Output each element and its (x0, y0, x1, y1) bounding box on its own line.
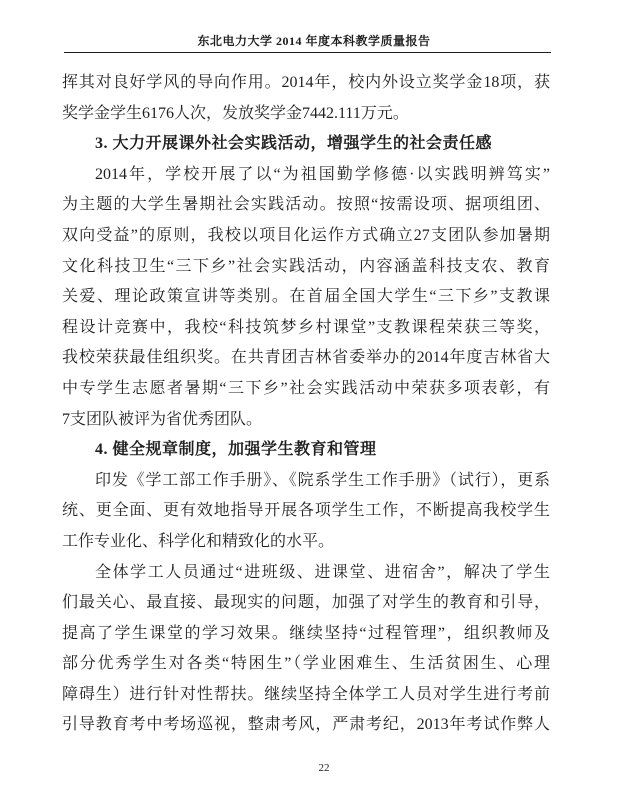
text-line: 为主题的大学生暑期社会实践活动。按照“按需设项、据项组团、 (62, 190, 550, 221)
text-line: 障碍生）进行针对性帮扶。继续坚持全体学工人员对学生进行考前 (62, 680, 550, 711)
document-page: 东北电力大学 2014 年度本科教学质量报告 挥其对良好学风的导向作用。2014… (0, 0, 628, 812)
page-header: 东北电力大学 2014 年度本科教学质量报告 (0, 0, 628, 53)
text-line: 双向受益”的原则，我校以项目化运作方式确立27支团队参加暑期 (62, 221, 550, 252)
page-number: 22 (319, 762, 330, 774)
text-line: 印发《学工部工作手册》、《院系学生工作手册》（试行），更系 (62, 466, 550, 497)
text-line: 提高了学生课堂的学习效果。继续坚持“过程管理”，组织教师及 (62, 619, 550, 650)
text-line: 关爱、理论政策宣讲等类别。在首届全国大学生“三下乡”支教课 (62, 282, 550, 313)
text-line: 们最关心、最直接、最现实的问题，加强了对学生的教育和引导， (62, 588, 550, 619)
text-line: 文化科技卫生“三下乡”社会实践活动，内容涵盖科技支农、教育 (62, 252, 550, 283)
section-heading: 4. 健全规章制度，加强学生教育和管理 (62, 435, 550, 466)
text-line: 中专学生志愿者暑期“三下乡”社会实践活动中荣获多项表彰，有 (62, 374, 550, 405)
text-line: 奖学金学生6176人次，发放奖学金7442.111万元。 (62, 99, 550, 130)
text-line: 全体学工人员通过“进班级、进课堂、进宿舍”，解决了学生 (62, 558, 550, 589)
document-body: 挥其对良好学风的导向作用。2014年，校内外设立奖学金18项，获奖学金学生617… (62, 68, 550, 741)
text-line: 我校荣获最佳组织奖。在共青团吉林省委举办的2014年度吉林省大 (62, 343, 550, 374)
text-line: 7支团队被评为省优秀团队。 (62, 405, 550, 436)
header-rule (64, 52, 551, 53)
text-line: 2014年，学校开展了以“为祖国勤学修德·以实践明辨笃实” (62, 160, 550, 191)
text-line: 引导教育考中考场巡视，整肃考风，严肃考纪，2013年考试作弊人 (62, 710, 550, 741)
page-footer: 22 (10, 761, 628, 775)
text-line: 统、更全面、更有效地指导开展各项学生工作，不断提高我校学生 (62, 496, 550, 527)
text-line: 部分优秀学生对各类“特困生”（学业困难生、生活贫困生、心理 (62, 649, 550, 680)
text-line: 挥其对良好学风的导向作用。2014年，校内外设立奖学金18项，获 (62, 68, 550, 99)
text-line: 程设计竞赛中，我校“科技筑梦乡村课堂”支教课程荣获三等奖， (62, 313, 550, 344)
header-title: 东北电力大学 2014 年度本科教学质量报告 (0, 0, 628, 49)
text-line: 工作专业化、科学化和精致化的水平。 (62, 527, 550, 558)
section-heading: 3. 大力开展课外社会实践活动，增强学生的社会责任感 (62, 129, 550, 160)
